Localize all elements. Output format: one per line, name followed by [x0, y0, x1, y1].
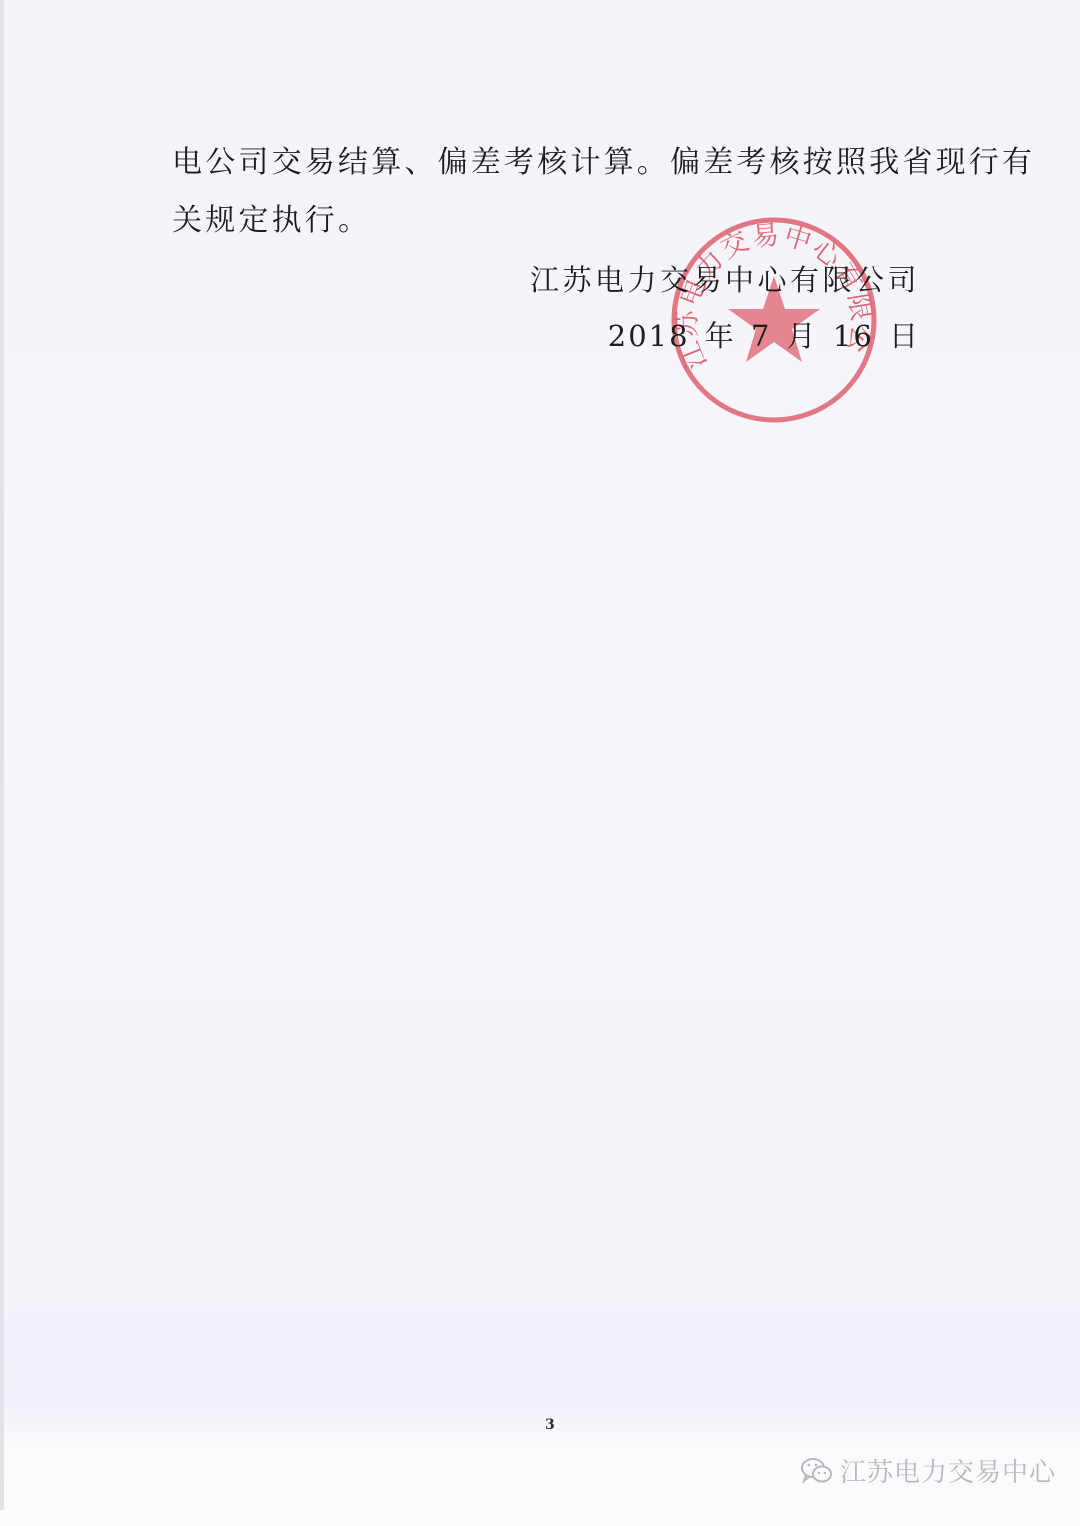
watermark-text: 江苏电力交易中心 [840, 1452, 1056, 1489]
signature-date: 2018 年 7 月 16 日 [608, 322, 920, 351]
signature-organization: 江苏电力交易中心有限公司 [530, 266, 920, 295]
body-text-line: 电公司交易结算、偏差考核计算。偏差考核按照我省现行有 [172, 148, 1035, 178]
page-number: 3 [545, 1417, 555, 1433]
wechat-icon [800, 1456, 834, 1486]
body-text-line: 关规定执行。 [172, 206, 371, 236]
document-page: 电公司交易结算、偏差考核计算。偏差考核按照我省现行有 关规定执行。 江苏电力交易… [0, 0, 1080, 1526]
scan-edge [0, 0, 4, 1510]
wechat-watermark: 江苏电力交易中心 [800, 1452, 1056, 1489]
